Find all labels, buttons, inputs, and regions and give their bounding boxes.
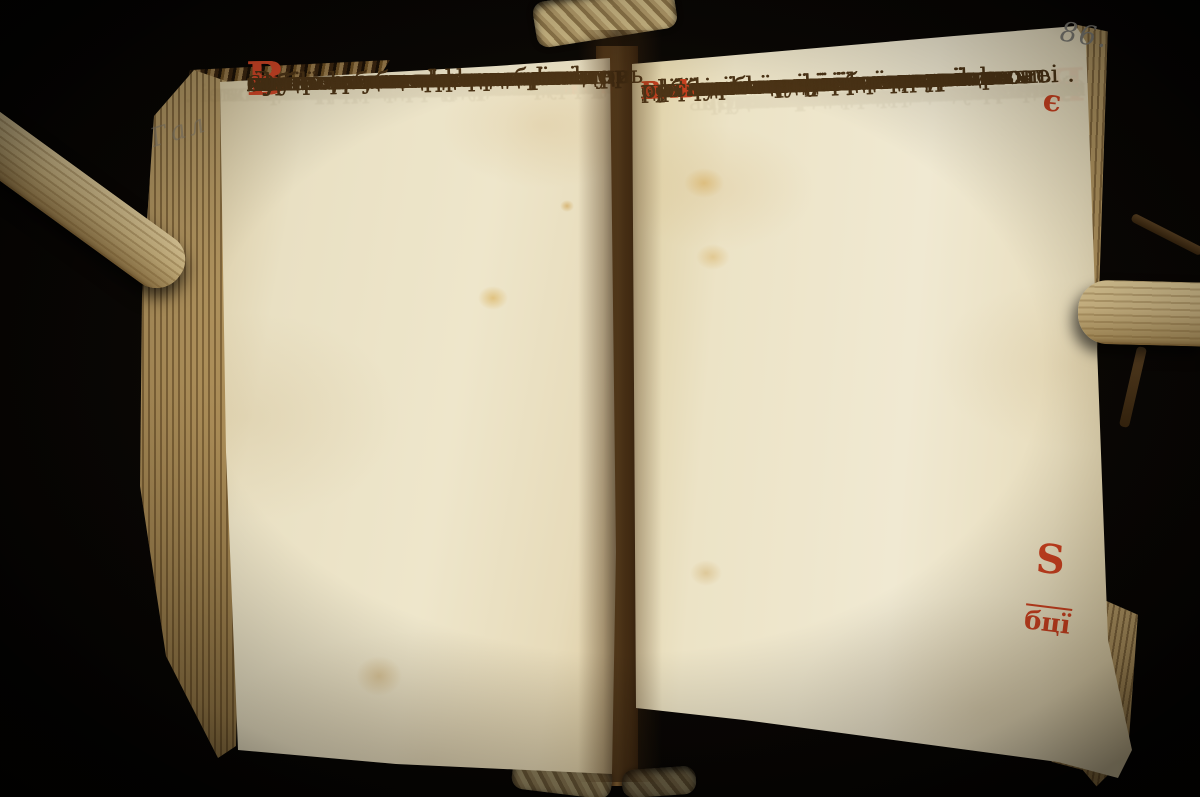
- headband-top: [531, 0, 678, 49]
- ink-text: Ѿ бѣ . и по. ѕ. лѣ . и по ѳ мцв: [246, 56, 630, 103]
- rubric-margin-mark: є: [1041, 83, 1063, 120]
- leather-strap: [1130, 213, 1200, 256]
- rubric-margin-mark: Ѕ: [1034, 535, 1066, 584]
- wooden-clasp-right: [1077, 279, 1200, 346]
- ink-text: рисецри: [640, 68, 751, 110]
- left-page: [196, 52, 620, 782]
- rubric-margin-mark: бцї: [1022, 605, 1072, 640]
- leather-strap: [1119, 346, 1147, 428]
- right-page: [624, 20, 1134, 786]
- endband-bottom: [621, 765, 697, 797]
- left-page-text: пошиѧ въстанїю жидоовьиу .Влѣ. х. ф. ли.…: [246, 56, 618, 64]
- manuscript-photo: оубїенїа стефанова , ѧвисѧпавлу савлу на…: [0, 0, 1200, 797]
